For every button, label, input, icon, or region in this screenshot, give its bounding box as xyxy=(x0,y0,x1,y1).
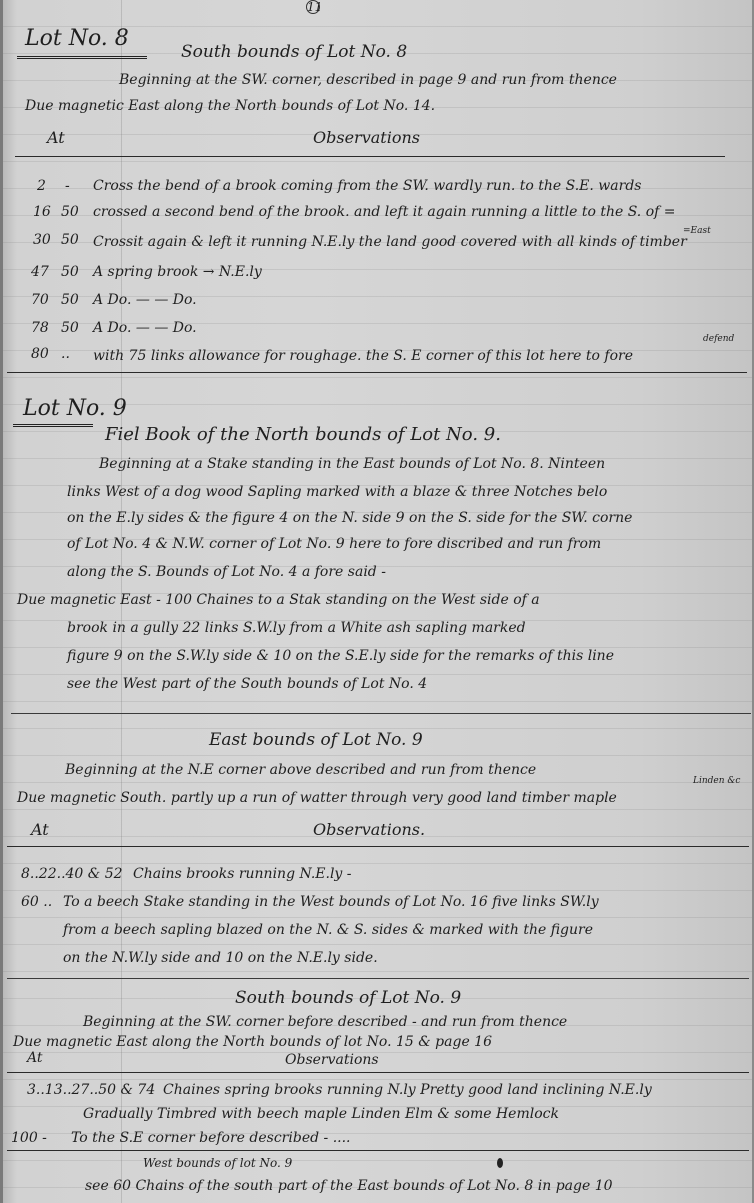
lot-8-intro-1: Beginning at the SW. corner, described i… xyxy=(119,72,617,88)
lot-9-south-header-rule xyxy=(7,1072,749,1073)
lot-8-col-at: At xyxy=(47,128,65,147)
lot-9-south-col-observations: Observations xyxy=(285,1052,379,1068)
lot-9-label: Lot No. 9 xyxy=(23,396,127,421)
lot-9-east-col-observations: Observations. xyxy=(313,820,425,839)
lot-8-label: Lot No. 8 xyxy=(25,26,129,51)
margin-note: =East xyxy=(683,226,711,236)
section-rule xyxy=(7,1150,749,1151)
lot-9-south-col-at: At xyxy=(27,1050,43,1066)
lot-9-north-due-line: Due magnetic East - 100 Chaines to a Sta… xyxy=(17,592,540,608)
margin-note: defend xyxy=(703,334,734,344)
lot-8-col-observations: Observations xyxy=(313,128,420,147)
lot-8-intro-2: Due magnetic East along the North bounds… xyxy=(25,98,435,114)
lot-9-east-col-at: At xyxy=(31,820,49,839)
lot-8-south-title: South bounds of Lot No. 8 xyxy=(181,42,407,62)
lot-8-header-rule xyxy=(15,156,725,157)
section-rule xyxy=(7,978,749,979)
lot-9-south-intro-1: Beginning at the SW. corner before descr… xyxy=(83,1014,567,1030)
section-rule xyxy=(11,713,751,714)
margin-note: Linden &c xyxy=(693,776,740,786)
lot-8-underline xyxy=(17,56,147,59)
lot-9-west-text: see 60 Chains of the south part of the E… xyxy=(85,1178,613,1194)
lot-9-west-title: West bounds of lot No. 9 xyxy=(143,1156,292,1170)
page-number: 11 xyxy=(306,0,320,14)
lot-9-east-title: East bounds of Lot No. 9 xyxy=(209,730,423,750)
lot-9-east-intro-1: Beginning at the N.E corner above descri… xyxy=(65,762,536,778)
lot-9-south-title: South bounds of Lot No. 9 xyxy=(235,988,461,1008)
lot-9-underline xyxy=(13,424,93,427)
lot-9-south-intro-2: Due magnetic East along the North bounds… xyxy=(13,1034,492,1050)
lot-9-north-title: Fiel Book of the North bounds of Lot No.… xyxy=(105,424,501,445)
ink-blot xyxy=(497,1158,503,1168)
lot-8-end-rule xyxy=(7,372,747,373)
lot-9-east-header-rule xyxy=(7,846,749,847)
ledger-page: 11 Lot No. 8 South bounds of Lot No. 8 B… xyxy=(0,0,754,1203)
lot-9-east-intro-2: Due magnetic South. partly up a run of w… xyxy=(17,790,617,806)
